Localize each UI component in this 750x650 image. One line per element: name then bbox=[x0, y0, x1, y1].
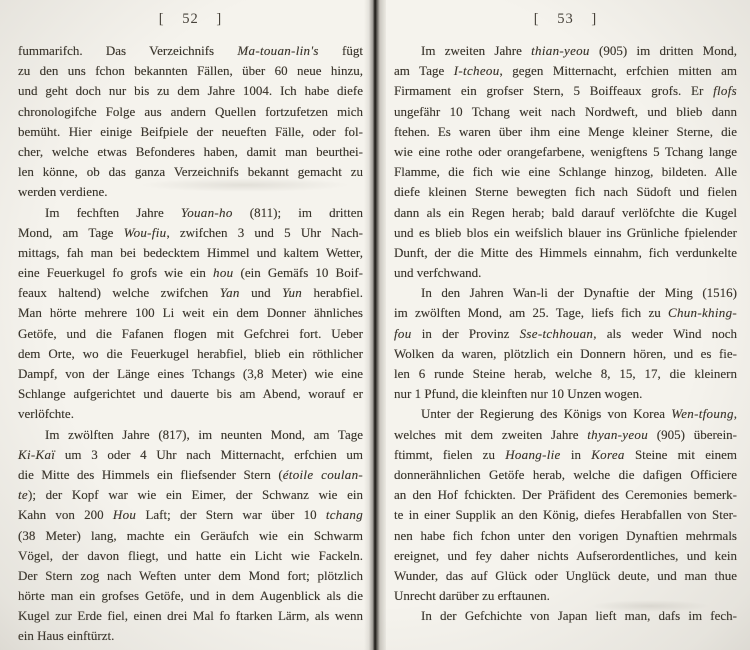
text-run: Im zwölften Jahre (817), im neunten Mond… bbox=[45, 427, 363, 442]
text-run: feaux haltend) welche zwifchen bbox=[18, 285, 220, 300]
text-run: fügt bbox=[319, 43, 363, 58]
text-run: , zwifchen 3 und 5 Uhr Nach- bbox=[166, 225, 363, 240]
text-line: Schlange aufgerichtet und dauerte bis am… bbox=[18, 384, 363, 404]
text-run: nur 1 Pfund, die kleinften nur 10 Unzen … bbox=[394, 386, 642, 401]
text-run: fummarifch. Das Verzeichnifs bbox=[18, 43, 237, 58]
text-run: In den Jahren Wan-li der Dynaftie der Mi… bbox=[421, 285, 737, 300]
text-line: am Tage I-tcheou, gegen Mitternacht, erf… bbox=[394, 61, 737, 81]
text-line: chronologifche Folge aus andern Quellen … bbox=[18, 102, 363, 122]
page-52: [ 52 ] fummarifch. Das Verzeichnifs Ma-t… bbox=[0, 0, 368, 650]
text-line: te in einer Supplik an den König, diefes… bbox=[394, 505, 737, 525]
text-line: ereignet, und fey daher nichts Aufserord… bbox=[394, 546, 737, 566]
text-line: nen habe fich fchon unter den vorigen Dy… bbox=[394, 526, 737, 546]
text-run: um 3 oder 4 Uhr nach Mitternacht, erfchi… bbox=[55, 447, 363, 462]
book-spread-scan: [ 52 ] fummarifch. Das Verzeichnifs Ma-t… bbox=[0, 0, 750, 650]
text-line: len 6 runde Steine herab, welche 8, 15, … bbox=[394, 364, 737, 384]
text-run: len könne, ob das ganza Verzeichnifs bek… bbox=[18, 164, 363, 179]
page-53-text: Im zweiten Jahre thian-yeou (905) im dri… bbox=[394, 41, 737, 626]
text-run: ftehen. Es waren über ihm eine Menge kle… bbox=[394, 124, 737, 139]
text-run: in der Provinz bbox=[412, 326, 520, 341]
text-run: Schlange aufgerichtet und dauerte bis am… bbox=[18, 386, 363, 401]
text-line: nur 1 Pfund, die kleinften nur 10 Unzen … bbox=[394, 384, 737, 404]
italic-term: Ki-Kaï bbox=[18, 447, 55, 462]
text-line: an den Hof fchickten. Der Präfident des … bbox=[394, 485, 737, 505]
text-run: (38 Meter) lang, machte ein Geräufch wie… bbox=[18, 528, 363, 543]
text-line: Ki-Kaï um 3 oder 4 Uhr nach Mitternacht,… bbox=[18, 445, 363, 465]
text-line: wie eine rothe oder orangefarbene, wenig… bbox=[394, 142, 737, 162]
text-line: werden verdiene. bbox=[18, 182, 363, 202]
text-line: welches mit dem zweiten Jahre thyan-yeou… bbox=[394, 425, 737, 445]
text-run: ereignet, und fey daher nichts Aufserord… bbox=[394, 548, 737, 563]
text-line: (38 Meter) lang, machte ein Geräufch wie… bbox=[18, 526, 363, 546]
text-run: und es blieb blos ein weifslich blauer i… bbox=[394, 225, 737, 240]
italic-term: Sse-tchhouan bbox=[520, 326, 594, 341]
text-line: zu den uns fchon bekannten Fällen, über … bbox=[18, 61, 363, 81]
text-run: ); der Kopf war wie ein Eimer, der Schwa… bbox=[28, 487, 363, 502]
text-run: Unter der Regierung des Königs von Korea bbox=[421, 406, 671, 421]
text-line: fummarifch. Das Verzeichnifs Ma-touan-li… bbox=[18, 41, 363, 61]
text-line: Im zwölften Jahre (817), im neunten Mond… bbox=[18, 425, 363, 445]
text-run: hörte man ein grofses Getöfe, und in dem… bbox=[18, 588, 363, 603]
text-line: te); der Kopf war wie ein Eimer, der Sch… bbox=[18, 485, 363, 505]
text-run: ungefähr 10 Tchang weit nach Nordweft, u… bbox=[394, 104, 737, 119]
italic-term: Wen-tfoung bbox=[671, 406, 733, 421]
page-53: [ 53 ] Im zweiten Jahre thian-yeou (905)… bbox=[384, 0, 750, 650]
text-run: donnerähnlichen Getöfe herab, welche die… bbox=[394, 467, 737, 482]
italic-term: hou bbox=[213, 265, 233, 280]
italic-term: Youan-ho bbox=[181, 205, 233, 220]
text-run: Vögel, der davon fliegt, und hatte ein L… bbox=[18, 548, 363, 563]
text-run: Im fechften Jahre bbox=[45, 205, 181, 220]
text-run: ftimmt, fielen zu bbox=[394, 447, 505, 462]
text-run: Mond, am Tage bbox=[18, 225, 124, 240]
text-line: Getöfe, und die Fafanen flogen mit Gefch… bbox=[18, 324, 363, 344]
text-run: Flamme, die fich wie eine Schlange hinzo… bbox=[394, 164, 737, 179]
text-run: (ein Gemäfs 10 Boif- bbox=[233, 265, 363, 280]
text-run: zu den uns fchon bekannten Fällen, über … bbox=[18, 63, 363, 78]
text-run: (811); im dritten bbox=[233, 205, 363, 220]
italic-term: te bbox=[18, 487, 28, 502]
text-line: fou in der Provinz Sse-tchhouan, als wed… bbox=[394, 324, 737, 344]
text-line: Kugel zur Erde fiel, einen drei Mal fo f… bbox=[18, 606, 363, 626]
italic-term: Yun bbox=[282, 285, 302, 300]
text-run: Der Stern zog nach Weften unter dem Mond… bbox=[18, 568, 363, 583]
italic-term: Chun-khing- bbox=[668, 305, 737, 320]
text-run: welches mit dem zweiten Jahre bbox=[394, 427, 587, 442]
text-run: chronologifche Folge aus andern Quellen … bbox=[18, 104, 363, 119]
text-run: dem Orte, wo die Feuerkugel herabfiel, b… bbox=[18, 346, 363, 361]
text-line: In den Jahren Wan-li der Dynaftie der Mi… bbox=[394, 283, 737, 303]
text-run: dann als ein Regen herab; bald darauf ve… bbox=[394, 205, 737, 220]
text-run: an den Hof fchickten. Der Präfident des … bbox=[394, 487, 737, 502]
text-run: Wolken da waren, plötzlich ein Donnern h… bbox=[394, 346, 737, 361]
text-line: Man hörte mehrere 100 Li weit ein dem Do… bbox=[18, 303, 363, 323]
text-run: , als weder Wind noch bbox=[593, 326, 737, 341]
text-line: Kahn von 200 Hou Laft; der Stern war übe… bbox=[18, 505, 363, 525]
text-run: herabfiel. bbox=[302, 285, 363, 300]
text-run: Wunder, das auf Glück oder Unglück deute… bbox=[394, 568, 737, 583]
text-run: bemüht. Hier einige Beifpiele der neueft… bbox=[18, 124, 363, 139]
text-line: Flamme, die fich wie eine Schlange hinzo… bbox=[394, 162, 737, 182]
italic-term: étoile coulan- bbox=[283, 467, 363, 482]
text-run: eine Feuerkugel fo grofs wie ein bbox=[18, 265, 213, 280]
text-line: Im zweiten Jahre thian-yeou (905) im dri… bbox=[394, 41, 737, 61]
text-run: verlöfchte. bbox=[18, 406, 74, 421]
text-run: Dunft, der die Mitte des Himmels einnahm… bbox=[394, 245, 737, 260]
text-run: Kahn von 200 bbox=[18, 507, 113, 522]
italic-term: fou bbox=[394, 326, 412, 341]
text-run: diefe kleinen Sterne bewegten fich nach … bbox=[394, 184, 737, 199]
text-run: in bbox=[561, 447, 592, 462]
italic-term: Yan bbox=[220, 285, 240, 300]
text-line: im zwölften Mond, am 25. Tage, liefs fic… bbox=[394, 303, 737, 323]
text-line: mittags, fah man bei bedecktem Himmel un… bbox=[18, 243, 363, 263]
text-run: In der Gefchichte von Japan lieft man, d… bbox=[421, 608, 737, 623]
text-run: (905) überein- bbox=[648, 427, 737, 442]
text-line: diefe kleinen Sterne bewegten fich nach … bbox=[394, 182, 737, 202]
text-run: (905) im dritten Mond, bbox=[590, 43, 737, 58]
page-number-right: [ 53 ] bbox=[394, 11, 737, 28]
text-line: Vögel, der davon fliegt, und hatte ein L… bbox=[18, 546, 363, 566]
text-run: Man hörte mehrere 100 Li weit ein dem Do… bbox=[18, 305, 363, 320]
text-run: Dampf, von der Länge eines Tchangs (3,8 … bbox=[18, 366, 363, 381]
text-run: am Tage bbox=[394, 63, 454, 78]
text-run: cher, welche etwas Befonderes haben, dam… bbox=[18, 144, 363, 159]
italic-term: Korea bbox=[591, 447, 625, 462]
text-run: ein Haus einftürzt. bbox=[18, 628, 114, 643]
italic-term: thyan-yeou bbox=[587, 427, 648, 442]
text-line: verlöfchte. bbox=[18, 404, 363, 424]
text-run: Unrecht darüber zu erftaunen. bbox=[394, 588, 550, 603]
text-run: Firmament ein grofser Stern, 5 Boiffeaux… bbox=[394, 83, 713, 98]
text-line: feaux haltend) welche zwifchen Yan und Y… bbox=[18, 283, 363, 303]
text-line: len könne, ob das ganza Verzeichnifs bek… bbox=[18, 162, 363, 182]
text-line: und geht doch nur bis zu dem Jahre 1004.… bbox=[18, 81, 363, 101]
text-run: len 6 runde Steine herab, welche 8, 15, … bbox=[394, 366, 737, 381]
text-run: im zwölften Mond, am 25. Tage, liefs fic… bbox=[394, 305, 668, 320]
text-run: , bbox=[734, 406, 737, 421]
text-run: werden verdiene. bbox=[18, 184, 108, 199]
italic-term: Wou-fiu bbox=[124, 225, 167, 240]
text-run: und bbox=[240, 285, 282, 300]
text-run: nen habe fich fchon unter den vorigen Dy… bbox=[394, 528, 737, 543]
text-run: und verfchwand. bbox=[394, 265, 481, 280]
text-line: Unrecht darüber zu erftaunen. bbox=[394, 586, 737, 606]
italic-term: Hoang-lie bbox=[505, 447, 560, 462]
book-gutter-shadow bbox=[364, 0, 386, 650]
text-run: die Mitte des Himmels ein fliefsender St… bbox=[18, 467, 283, 482]
text-line: ftehen. Es waren über ihm eine Menge kle… bbox=[394, 122, 737, 142]
text-line: dem Orte, wo die Feuerkugel herabfiel, b… bbox=[18, 344, 363, 364]
text-line: Firmament ein grofser Stern, 5 Boiffeaux… bbox=[394, 81, 737, 101]
text-run: Im zweiten Jahre bbox=[421, 43, 531, 58]
text-line: Wolken da waren, plötzlich ein Donnern h… bbox=[394, 344, 737, 364]
text-run: wie eine rothe oder orangefarbene, wenig… bbox=[394, 144, 737, 159]
text-run: te in einer Supplik an den König, diefes… bbox=[394, 507, 737, 522]
italic-term: Ma-touan-lin's bbox=[237, 43, 318, 58]
text-run: Kugel zur Erde fiel, einen drei Mal fo f… bbox=[18, 608, 363, 623]
text-line: donnerähnlichen Getöfe herab, welche die… bbox=[394, 465, 737, 485]
text-line: hörte man ein grofses Getöfe, und in dem… bbox=[18, 586, 363, 606]
text-line: bemüht. Hier einige Beifpiele der neueft… bbox=[18, 122, 363, 142]
text-line: Unter der Regierung des Königs von Korea… bbox=[394, 404, 737, 424]
text-line: Dunft, der die Mitte des Himmels einnahm… bbox=[394, 243, 737, 263]
text-line: Im fechften Jahre Youan-ho (811); im dri… bbox=[18, 203, 363, 223]
italic-term: thian-yeou bbox=[531, 43, 590, 58]
text-line: cher, welche etwas Befonderes haben, dam… bbox=[18, 142, 363, 162]
text-line: ftimmt, fielen zu Hoang-lie in Korea Ste… bbox=[394, 445, 737, 465]
italic-term: Hou bbox=[113, 507, 136, 522]
text-line: In der Gefchichte von Japan lieft man, d… bbox=[394, 606, 737, 626]
text-run: und geht doch nur bis zu dem Jahre 1004.… bbox=[18, 83, 363, 98]
text-run: mittags, fah man bei bedecktem Himmel un… bbox=[18, 245, 363, 260]
text-line: ungefähr 10 Tchang weit nach Nordweft, u… bbox=[394, 102, 737, 122]
text-run: , gegen Mitternacht, erfchien mitten am bbox=[500, 63, 738, 78]
text-line: Der Stern zog nach Weften unter dem Mond… bbox=[18, 566, 363, 586]
text-line: Mond, am Tage Wou-fiu, zwifchen 3 und 5 … bbox=[18, 223, 363, 243]
text-line: dann als ein Regen herab; bald darauf ve… bbox=[394, 203, 737, 223]
page-52-text: fummarifch. Das Verzeichnifs Ma-touan-li… bbox=[18, 41, 363, 647]
text-line: eine Feuerkugel fo grofs wie ein hou (ei… bbox=[18, 263, 363, 283]
italic-term: tchang bbox=[326, 507, 363, 522]
text-line: Dampf, von der Länge eines Tchangs (3,8 … bbox=[18, 364, 363, 384]
text-run: Laft; der Stern war über 10 bbox=[136, 507, 326, 522]
text-run: Getöfe, und die Fafanen flogen mit Gefch… bbox=[18, 326, 363, 341]
text-line: Wunder, das auf Glück oder Unglück deute… bbox=[394, 566, 737, 586]
text-line: und verfchwand. bbox=[394, 263, 737, 283]
text-line: und es blieb blos ein weifslich blauer i… bbox=[394, 223, 737, 243]
italic-term: flofs bbox=[713, 83, 737, 98]
text-line: ein Haus einftürzt. bbox=[18, 626, 363, 646]
page-number-left: [ 52 ] bbox=[18, 11, 363, 28]
text-line: die Mitte des Himmels ein fliefsender St… bbox=[18, 465, 363, 485]
text-run: Steine mit einem bbox=[625, 447, 737, 462]
italic-term: I-tcheou bbox=[454, 63, 500, 78]
